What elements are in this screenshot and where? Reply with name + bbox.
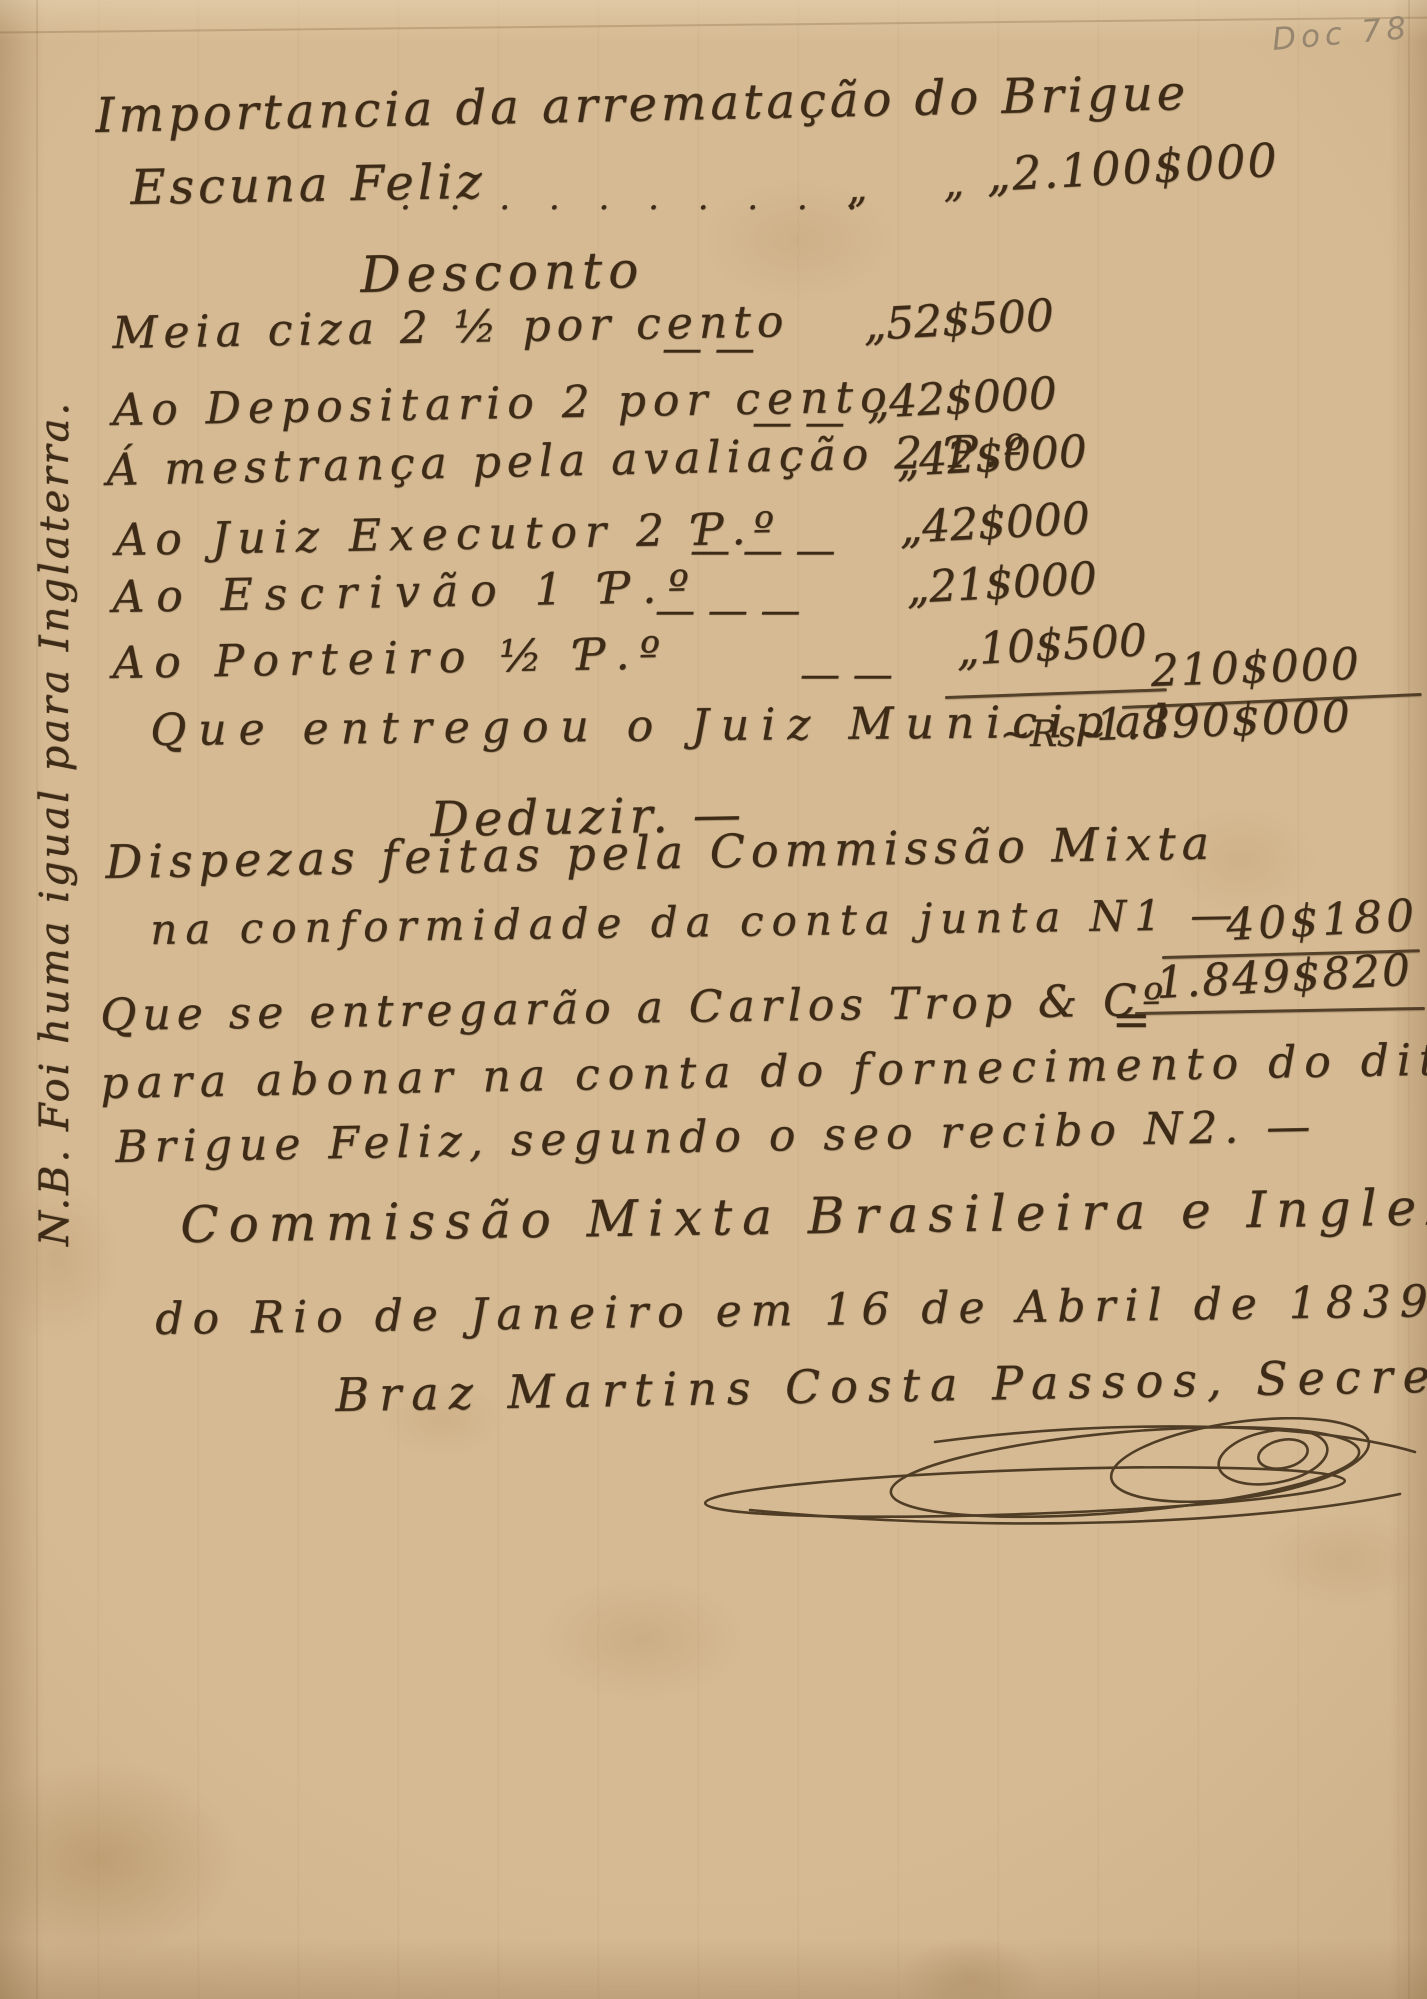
entrega-amount: 1.890$000 <box>1095 691 1353 751</box>
total-amount: „2.100$000 <box>985 133 1280 202</box>
manuscript-page: Doc 78 N.B. Foi huma igual para Inglater… <box>0 0 1427 1999</box>
title-line: Importancia da arrematação do Brigue <box>95 65 1190 144</box>
deduzir-line-3: Que se entregarão a Carlos Trop & Cº <box>100 975 1170 1041</box>
deduzir-line-1: Dispezas feitas pela Commissão Mixta <box>105 816 1216 889</box>
desconto-row-amount: „42$000 <box>895 426 1088 487</box>
top-fold-crease <box>0 16 1427 33</box>
desconto-row-amount: „52$500 <box>862 290 1055 351</box>
closing-line-2: do Rio de Janeiro em 16 de Abril de 1839… <box>155 1275 1427 1345</box>
desconto-row-amount: „10$500 <box>955 615 1148 676</box>
signature-flourish <box>695 1412 1427 1532</box>
closing-line-1: Commissão Mixta Brasileira e Ingleza — <box>180 1176 1427 1254</box>
margin-note: N.B. Foi huma igual para Inglaterra. <box>32 238 78 1408</box>
desconto-row-label: Á mestrança pela avaliação 2 Ƥ.º <box>106 426 1031 496</box>
equals-mark: = <box>1112 992 1151 1046</box>
deduzir-amount-1: 40$180 <box>1225 890 1419 951</box>
desconto-heading: Desconto <box>360 241 645 304</box>
signature: Braz Martins Costa Passos, Secret.º <box>335 1347 1427 1422</box>
desconto-row-amount: „42$000 <box>898 493 1091 554</box>
deduzir-line-2: na conformidade da conta junta N1 — <box>150 890 1241 954</box>
desconto-row-dash: — — — <box>655 588 800 634</box>
desconto-row-amount: „21$000 <box>905 553 1098 614</box>
desconto-row-amount: „42$000 <box>865 368 1058 429</box>
leader-dots: . . . . . . . . . . <box>400 178 871 218</box>
desconto-row-label: Ao Escrivão 1 Ƥ.º <box>112 562 701 623</box>
desconto-row-label: Ao Juiz Executor 2 Ƥ.º <box>115 503 783 566</box>
desconto-subtotal: 210$000 <box>1150 639 1362 697</box>
quote-marks: „ „ <box>845 160 965 212</box>
right-edge-crease <box>1408 0 1410 1999</box>
desconto-row-dash: — — <box>800 652 893 698</box>
deduzir-line-5: Brigue Feliz, segundo o seo recibo N2. — <box>115 1101 1318 1173</box>
desconto-row-dash: — — <box>662 326 755 372</box>
deduzir-amount-2-underline-rule <box>1135 1007 1425 1015</box>
deduzir-line-4: para abonar na conta do fornecimento do … <box>100 1034 1427 1109</box>
desconto-row-dash: — — — <box>690 528 835 574</box>
currency-mark: ~Rs~ <box>1000 714 1106 755</box>
desconto-row-label: Ao Porteiro ½ Ƥ.º <box>112 628 671 689</box>
